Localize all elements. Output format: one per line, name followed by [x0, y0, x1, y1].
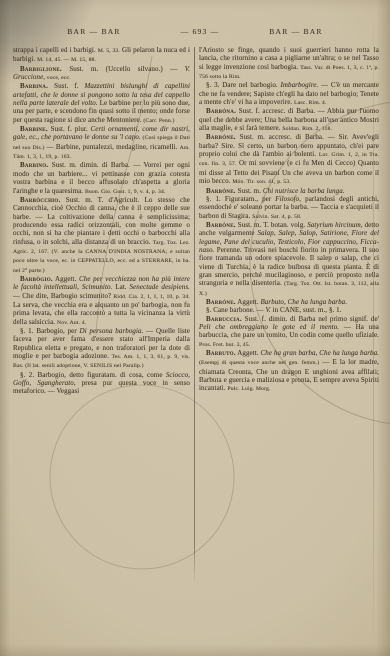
citation: M. 5, 33.: [98, 48, 120, 54]
entry-text: Senectude desipiens.: [129, 283, 190, 291]
dictionary-paragraph: Barbuto. Aggett. Che ha gran barba, Che …: [199, 349, 379, 394]
dictionary-paragraph: Barbóna. Sust. f. accresc. di Barba. — A…: [199, 107, 379, 133]
entry-headword: Barbóne.: [206, 133, 236, 141]
dictionary-paragraph: Barbina. Sust. f. Mazzettini bislunghi d…: [13, 82, 190, 125]
entry-headword: Barbóne.: [206, 221, 236, 229]
entry-text: in CANE, sust. m., §. 1.: [271, 306, 342, 314]
entry-text: La serva, che vecchia era e alquanto un …: [13, 301, 190, 326]
citation: Pulc. Luig. Morg.: [227, 386, 270, 392]
entry-headword: Barbòcchio.: [20, 196, 61, 204]
entry-text: Peli che ombreggiano le gote ed il mento…: [199, 323, 339, 331]
entry-headword: Barbóne.: [206, 298, 236, 306]
entry-text: §. 1. Barbogio, per: [20, 327, 80, 335]
left-column: strappa i capelli ed i barbigi. M. 5, 33…: [13, 46, 190, 591]
running-head-left: BAR — BAR: [38, 27, 150, 36]
entry-text: — Che dite, Barbogio scimunito?: [13, 292, 113, 300]
entry-headword: Barbine.: [20, 125, 48, 133]
scanned-dictionary-page: BAR — BAR — 693 — BAR — BAR strappa i ca…: [0, 0, 390, 656]
citation: M. 14, 45. — M. 15, 88.: [37, 57, 96, 63]
dictionary-paragraph: §. 1. Figuratam., per Filosofo, parlando…: [199, 195, 379, 221]
dictionary-paragraph: Barbino. Sust. m. dimin. di Barba. — Vor…: [13, 161, 190, 195]
citation: Soldan. Rim. 2, 118.: [282, 126, 332, 132]
entry-text: Barbuto, Che ha lunga barba.: [260, 298, 347, 306]
entry-headword: Barbògio.: [20, 275, 53, 283]
column-divider-rule: [194, 47, 195, 584]
dictionary-paragraph: §. Cane barbone. — V. in CANE, sust. m.,…: [199, 306, 379, 314]
entry-headword: Barbóna.: [206, 107, 236, 115]
entry-text: Satyrium hircinum,: [307, 221, 362, 229]
page-number: — 693 —: [158, 27, 242, 36]
entry-text: §. 2. Barbogio, detto figuratam. di cosa…: [20, 371, 166, 379]
dictionary-paragraph: Barbiglione. Sust. m. (Uccello silvano.)…: [13, 65, 190, 83]
entry-text: Imbarbogire.: [280, 81, 318, 89]
entry-text: Sust. m. T. botan. volg.: [236, 221, 307, 229]
entry-text: strappa i capelli ed i barbigi.: [13, 46, 98, 54]
citation: (Esempj di questa voce anche nel gen. fe…: [199, 360, 319, 366]
entry-text: Sust. m. (Uccello silvano.) —: [62, 65, 185, 73]
text-block: strappa i capelli ed i barbigi. M. 5, 33…: [13, 46, 379, 591]
citation: voce, ecc.: [45, 75, 71, 81]
entry-text: Sust. f. plur.: [48, 125, 91, 133]
dictionary-paragraph: Barbóne. Sust. m. accresc. di Barba. — S…: [199, 133, 379, 186]
right-column: l'Ariosto se finge, quando i suoi guerri…: [199, 46, 379, 591]
entry-text: — Barbine, puntalezzi, medagline, ricame…: [45, 143, 180, 151]
entry-text: Chi nutrisce la barba lunga.: [263, 187, 345, 195]
dictionary-paragraph: strappa i capelli ed i barbigi. M. 5, 33…: [13, 46, 190, 65]
dictionary-paragraph: §. 3. Dare nel barbogio. Imbarbogire. — …: [199, 81, 379, 107]
entry-headword: Barbina.: [20, 82, 48, 90]
entry-text: §. Cane barbone. —: [206, 306, 265, 314]
dictionary-paragraph: §. 2. Barbogio, detto figuratam. di cosa…: [13, 371, 190, 396]
entry-text: Aggett.: [236, 298, 261, 306]
entry-text: §. 1. Figuratam., per: [206, 195, 275, 203]
citation: Buon. Gio. Gost. 1, 9, v. 4, p. 34.: [85, 189, 166, 195]
citation: Lasc. Rim. 4.: [294, 100, 326, 106]
citation: Pros. Fret. but. 3, 45.: [199, 342, 250, 348]
entry-text: Di persona barbogia.: [80, 327, 144, 335]
dictionary-paragraph: Barbóne. Aggett. Barbuto, Che ha lunga b…: [199, 298, 379, 306]
running-head-right: BAR — BAR: [248, 27, 344, 36]
dictionary-paragraph: Barbuccia. Sust. f. dimin. di Barba nel …: [199, 315, 379, 349]
citation: (Carr. Penn.): [143, 118, 174, 124]
entry-headword: Barbóne.: [206, 187, 236, 195]
entry-headword: Barbuto.: [206, 349, 236, 357]
entry-text: Sust. m.: [236, 187, 263, 195]
entry-headword: Barbuccia.: [206, 315, 242, 323]
dictionary-paragraph: Barbóne. Sust. m. Chi nutrisce la barba …: [199, 187, 379, 195]
citation: Salvin. Sat. 4, p. 58.: [252, 214, 301, 220]
entry-text: Che ha gran barba, Che ha lunga barba.: [261, 349, 379, 357]
entry-text: Aggett.: [53, 275, 79, 283]
citation: Nov. Ant. 4.: [57, 320, 86, 326]
entry-text: Lat.: [112, 283, 129, 291]
dictionary-paragraph: Barbògio. Aggett. Che per vecchiezza non…: [13, 275, 190, 327]
dictionary-paragraph: l'Ariosto se finge, quando i suoi guerri…: [199, 46, 379, 81]
dictionary-paragraph: Barbòcchio. Sust. m. T. d'Agricult. Lo s…: [13, 196, 190, 275]
entry-text: Filosofo,: [275, 195, 301, 203]
citation: Ridd. Cia. 2, 1, 1, 1, 10, p. 34.: [113, 294, 190, 300]
entry-text: Sust. f.: [48, 82, 84, 90]
page-header: BAR — BAR — 693 — BAR — BAR: [0, 27, 390, 39]
entry-text: Aggett.: [236, 349, 261, 357]
entry-text: §. 3. Dare nel barbogio.: [206, 81, 280, 89]
entry-headword: Barbino.: [20, 161, 48, 169]
entry-headword: Barbiglione.: [20, 65, 62, 73]
entry-text: Sust. f. dimin. di Barba nel primo signi…: [242, 315, 379, 323]
dictionary-paragraph: Barbóne. Sust. m. T. botan. volg. Satyri…: [199, 221, 379, 298]
dictionary-paragraph: §. 1. Barbogio, per Di persona barbogia.…: [13, 327, 190, 371]
dictionary-paragraph: Barbine. Sust. f. plur. Certi ornamenti,…: [13, 125, 190, 161]
citation: Món. Tir. son. 41, p. 53.: [232, 179, 291, 185]
entry-text: Sust. m. T. d'Agricult. Lo stesso che Ca…: [13, 196, 190, 246]
